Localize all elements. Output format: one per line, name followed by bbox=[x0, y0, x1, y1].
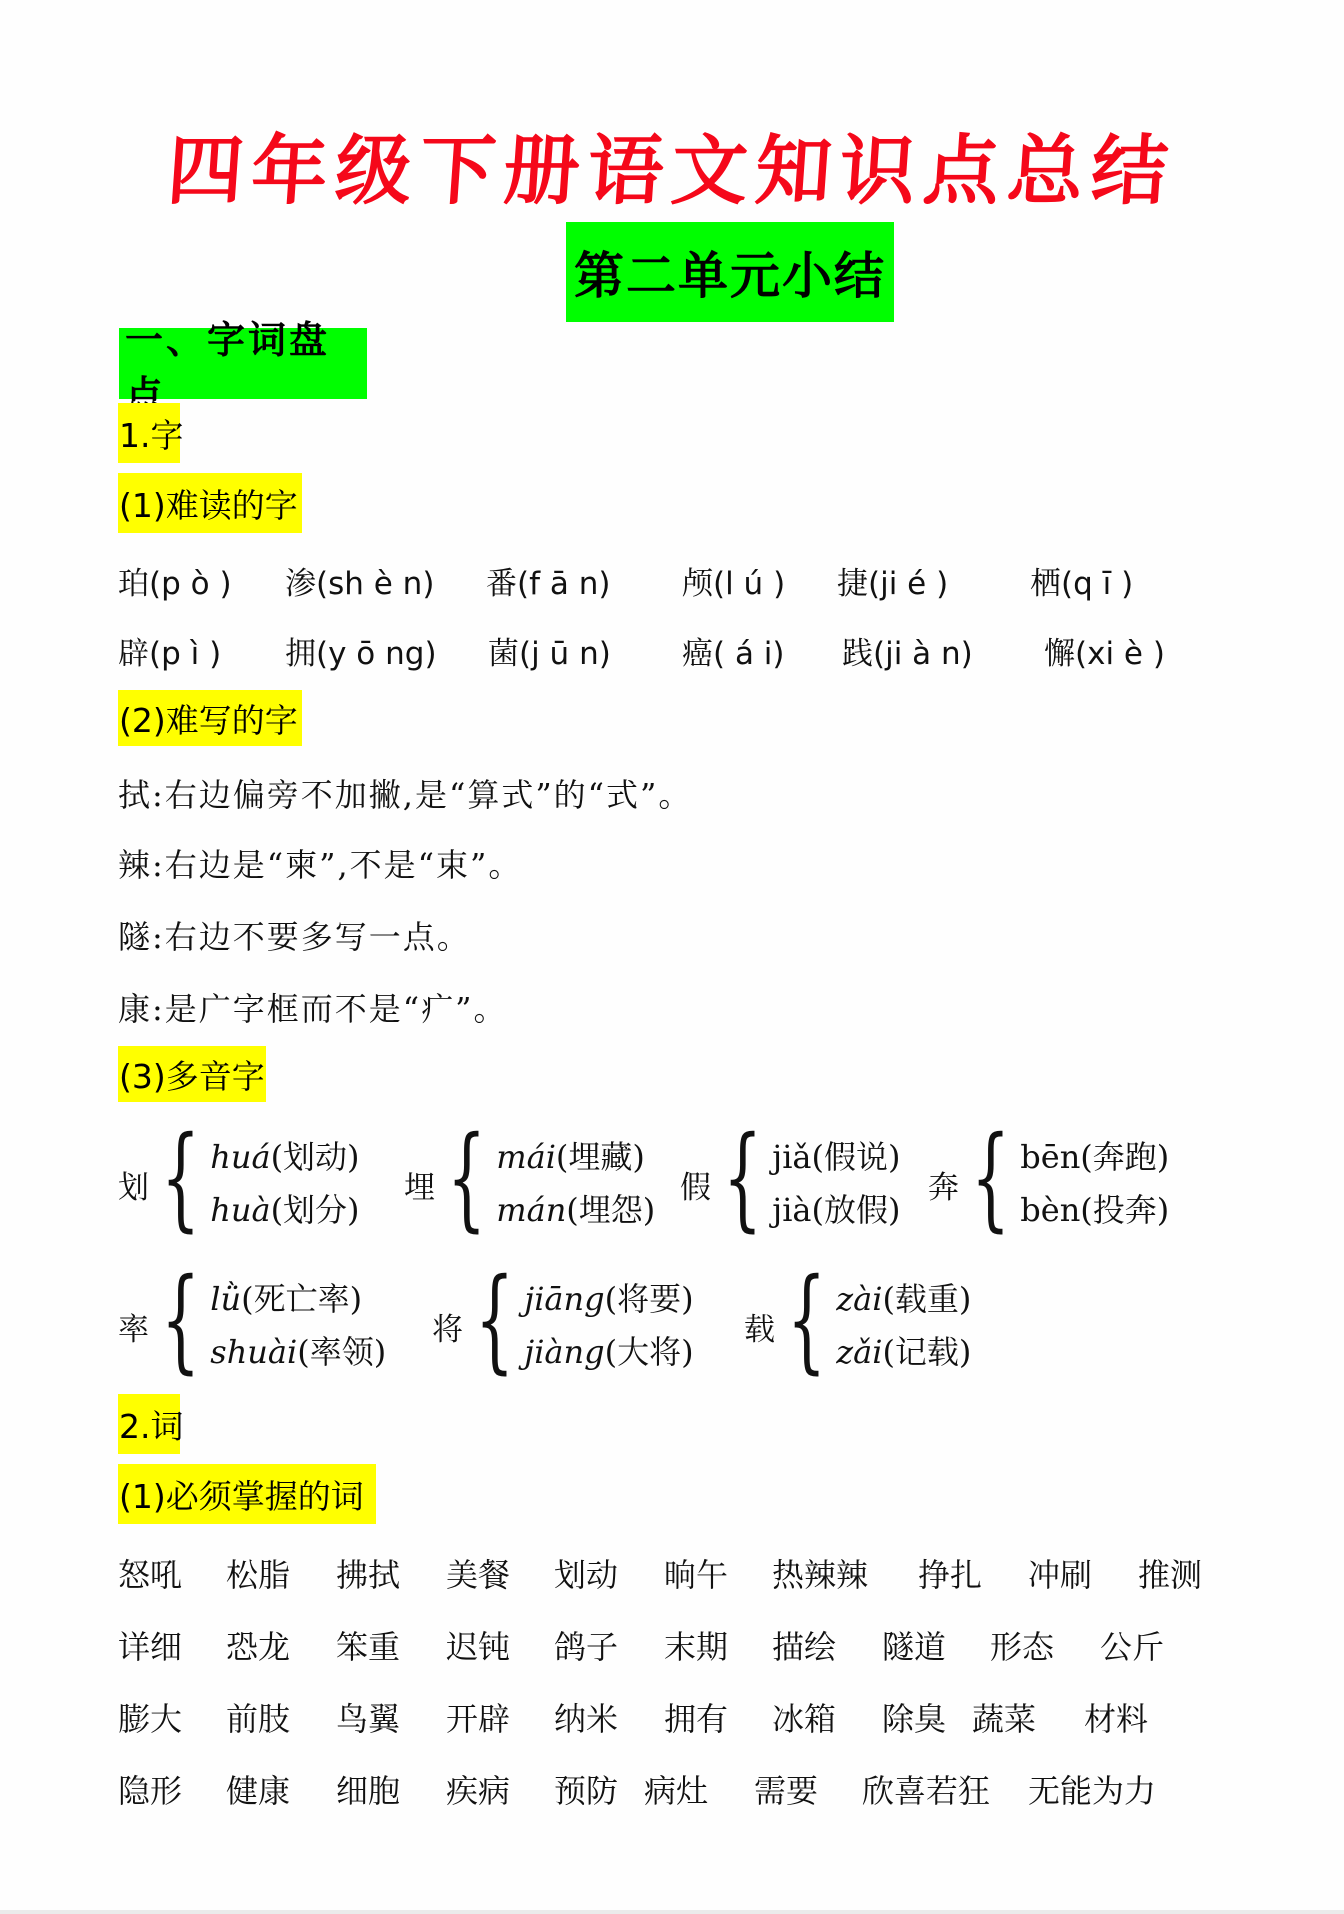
word-item: 迟钝 bbox=[446, 1622, 554, 1668]
polyphonic-reading: shuài(率领) bbox=[210, 1335, 386, 1370]
word-item: 欣喜若狂 bbox=[862, 1766, 1028, 1812]
brace-icon: { bbox=[161, 1122, 200, 1234]
pinyin-item: 辟(p ì ) bbox=[118, 628, 221, 673]
word-item: 蔬菜 bbox=[972, 1694, 1084, 1740]
word-item: 健康 bbox=[226, 1766, 336, 1812]
subsection-label-characters: 1.字 bbox=[118, 403, 180, 463]
polyphonic-reading: jiǎ(假说) bbox=[772, 1140, 900, 1175]
word-item: 无能为力 bbox=[1028, 1766, 1178, 1812]
pinyin-item: 癌( á i) bbox=[682, 628, 785, 673]
polyphonic-reading: jiāng(将要) bbox=[524, 1282, 693, 1317]
word-item: 公斤 bbox=[1100, 1622, 1190, 1668]
word-item: 松脂 bbox=[226, 1550, 336, 1596]
word-row-1: 怒吼 松脂 拂拭 美餐 划动 晌午 热辣辣 挣扎 冲刷 推测 bbox=[118, 1550, 1228, 1596]
word-row-3: 膨大 前肢 鸟翼 开辟 纳米 拥有 冰箱 除臭 蔬菜 材料 bbox=[118, 1694, 1174, 1740]
subsection-label-hard-to-read: (1)难读的字 bbox=[118, 473, 302, 533]
polyphonic-reading: zài(载重) bbox=[836, 1282, 971, 1317]
word-item: 划动 bbox=[554, 1550, 664, 1596]
word-item: 描绘 bbox=[772, 1622, 882, 1668]
word-item: 需要 bbox=[754, 1766, 862, 1812]
brace-icon: { bbox=[161, 1264, 200, 1376]
pinyin-item: 践(ji à n) bbox=[842, 628, 973, 673]
word-item: 挣扎 bbox=[918, 1550, 1028, 1596]
polyphonic-group: 将 { jiāng(将要) jiàng(大将) bbox=[432, 1264, 694, 1388]
brace-icon: { bbox=[787, 1264, 826, 1376]
pinyin-item: 懈(xi è ) bbox=[1044, 628, 1165, 673]
word-row-2: 详细 恐龙 笨重 迟钝 鸽子 末期 描绘 隧道 形态 公斤 bbox=[118, 1622, 1190, 1668]
word-item: 隐形 bbox=[118, 1766, 226, 1812]
polyphonic-reading: huà(划分) bbox=[210, 1193, 359, 1228]
word-item: 鸽子 bbox=[554, 1622, 664, 1668]
word-item: 除臭 bbox=[882, 1694, 972, 1740]
word-item: 热辣辣 bbox=[772, 1550, 918, 1596]
polyphonic-group: 划 { huá(划动) huà(划分) bbox=[118, 1122, 360, 1246]
word-item: 详细 bbox=[118, 1622, 226, 1668]
word-item: 预防 bbox=[554, 1766, 644, 1812]
polyphonic-group: 埋 { mái(埋藏) mán(埋怨) bbox=[404, 1122, 655, 1246]
brace-icon: { bbox=[475, 1264, 514, 1376]
word-item: 美餐 bbox=[446, 1550, 554, 1596]
polyphonic-reading: zǎi(记载) bbox=[836, 1335, 971, 1370]
word-item: 细胞 bbox=[336, 1766, 446, 1812]
pinyin-item: 菌(j ū n) bbox=[488, 628, 611, 673]
pinyin-item: 栖(q ī ) bbox=[1030, 558, 1133, 603]
word-item: 冲刷 bbox=[1028, 1550, 1138, 1596]
word-item: 末期 bbox=[664, 1622, 772, 1668]
word-item: 开辟 bbox=[446, 1694, 554, 1740]
page-bottom-edge bbox=[0, 1910, 1344, 1914]
word-item: 隧道 bbox=[882, 1622, 990, 1668]
polyphonic-reading: bèn(投奔) bbox=[1020, 1193, 1169, 1228]
brace-icon: { bbox=[447, 1122, 486, 1234]
word-item: 纳米 bbox=[554, 1694, 664, 1740]
pinyin-item: 渗(sh è n) bbox=[285, 558, 434, 603]
writing-note: 拭:右边偏旁不加撇,是“算式”的“式”。 bbox=[118, 770, 692, 816]
polyphonic-group: 奔 { bēn(奔跑) bèn(投奔) bbox=[928, 1122, 1169, 1246]
subsection-label-polyphonic: (3)多音字 bbox=[118, 1046, 266, 1102]
pinyin-item: 珀(p ò ) bbox=[118, 558, 232, 603]
word-item: 推测 bbox=[1138, 1550, 1228, 1596]
writing-note: 隧:右边不要多写一点。 bbox=[118, 912, 471, 958]
word-item: 鸟翼 bbox=[336, 1694, 446, 1740]
pinyin-item: 番(f ā n) bbox=[486, 558, 610, 603]
unit-badge: 第二单元小结 bbox=[566, 222, 894, 322]
word-item: 晌午 bbox=[664, 1550, 772, 1596]
word-item: 材料 bbox=[1084, 1694, 1174, 1740]
polyphonic-reading: bēn(奔跑) bbox=[1020, 1140, 1169, 1175]
writing-note: 辣:右边是“柬”,不是“束”。 bbox=[118, 840, 522, 886]
word-item: 拥有 bbox=[664, 1694, 772, 1740]
word-item: 怒吼 bbox=[118, 1550, 226, 1596]
brace-icon: { bbox=[723, 1122, 762, 1234]
polyphonic-reading: huá(划动) bbox=[210, 1140, 359, 1175]
word-item: 拂拭 bbox=[336, 1550, 446, 1596]
polyphonic-reading: jiàng(大将) bbox=[524, 1335, 693, 1370]
word-item: 前肢 bbox=[226, 1694, 336, 1740]
polyphonic-group: 载 { zài(载重) zǎi(记载) bbox=[744, 1264, 971, 1388]
polyphonic-group: 假 { jiǎ(假说) jià(放假) bbox=[680, 1122, 900, 1246]
polyphonic-group: 率 { lǜ(死亡率) shuài(率领) bbox=[118, 1264, 386, 1388]
pinyin-item: 颅(l ú ) bbox=[682, 558, 785, 603]
subsection-label-must-master: (1)必须掌握的词 bbox=[118, 1464, 376, 1524]
subsection-label-words: 2.词 bbox=[118, 1394, 180, 1454]
polyphonic-reading: mái(埋藏) bbox=[496, 1140, 655, 1175]
brace-icon: { bbox=[971, 1122, 1010, 1234]
section-heading-vocab: 一、字词盘点 bbox=[119, 328, 367, 399]
polyphonic-reading: mán(埋怨) bbox=[496, 1193, 655, 1228]
word-item: 膨大 bbox=[118, 1694, 226, 1740]
word-item: 疾病 bbox=[446, 1766, 554, 1812]
word-item: 病灶 bbox=[644, 1766, 754, 1812]
polyphonic-reading: jià(放假) bbox=[772, 1193, 900, 1228]
word-row-4: 隐形 健康 细胞 疾病 预防 病灶 需要 欣喜若狂 无能为力 bbox=[118, 1766, 1178, 1812]
word-item: 形态 bbox=[990, 1622, 1100, 1668]
page-title: 四年级下册语文知识点总结 bbox=[0, 110, 1344, 219]
polyphonic-reading: lǜ(死亡率) bbox=[210, 1282, 386, 1317]
word-item: 冰箱 bbox=[772, 1694, 882, 1740]
pinyin-item: 捷(ji é ) bbox=[837, 558, 948, 603]
subsection-label-hard-to-write: (2)难写的字 bbox=[118, 690, 302, 746]
word-item: 笨重 bbox=[336, 1622, 446, 1668]
word-item: 恐龙 bbox=[226, 1622, 336, 1668]
pinyin-item: 拥(y ō ng) bbox=[285, 628, 437, 673]
writing-note: 康:是广字框而不是“疒”。 bbox=[118, 984, 508, 1030]
